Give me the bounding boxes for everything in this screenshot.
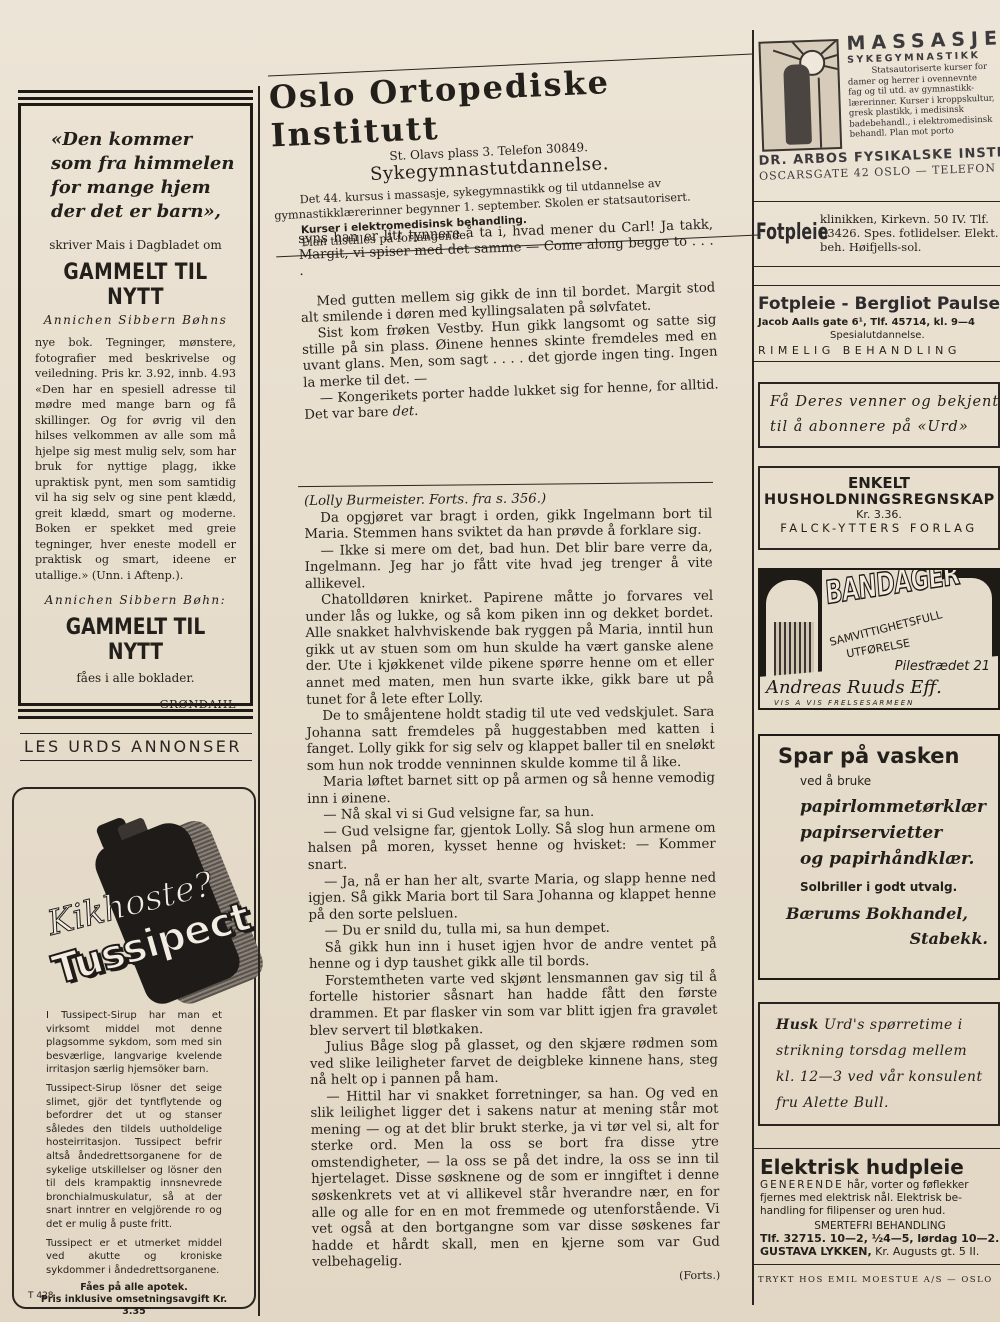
hudpleie-hours: Tlf. 32715. 10—2, ½4—5, lørdag 10—2. bbox=[760, 1232, 1000, 1245]
shop-name: Bærums Bokhandel, bbox=[778, 904, 990, 923]
printer-credit: TRYKT HOS EMIL MOESTUE A/S — OSLO bbox=[752, 1264, 1000, 1285]
book-advertisement: «Den kommer som fra himmelen for mange h… bbox=[18, 103, 253, 706]
book-title: GAMMELT TIL NYTT bbox=[50, 260, 221, 310]
fotpleie-name: Fotpleie bbox=[756, 220, 828, 245]
continued-marker: (Forts.) bbox=[679, 1267, 720, 1284]
bandager-shop: Andreas Ruuds Eff. bbox=[766, 677, 942, 698]
fotpleie-details: klinikken, Kirkevn. 50 IV. Tlf. 63426. S… bbox=[820, 212, 1000, 254]
fotpleie-paulsen-special: Spesialutdannelse. bbox=[758, 330, 1000, 341]
tussipect-illustration: Kikhoste? Tussipect bbox=[28, 789, 240, 1009]
availability: fåes i alle boklader. bbox=[35, 671, 236, 685]
fotpleie-paulsen-name: Fotpleie - Bergliot Paulsen bbox=[758, 294, 1000, 314]
tussipect-advertisement: Kikhoste? Tussipect I Tussipect-Sirup ha… bbox=[12, 787, 256, 1309]
product-list: papirlommetørklær papirservietter og pap… bbox=[778, 794, 990, 872]
massasje-description: Statsautoriserte kurser for damer og her… bbox=[847, 61, 1000, 140]
column-divider bbox=[258, 86, 260, 1316]
bandager-advertisement: BANDAGER SAMVITTIGHETSFULL UTFØRELSE Pil… bbox=[758, 568, 1000, 710]
section-title: LES URDS ANNONSER bbox=[20, 733, 252, 761]
shop-town: Stabekk. bbox=[778, 929, 990, 948]
bandager-street: Pilestrædet 21 bbox=[895, 659, 990, 674]
book-author-repeat: Annichen Sibbern Bøhn: bbox=[35, 593, 236, 607]
sun-figure-icon bbox=[758, 39, 842, 152]
serial-story: (Lolly Burmeister. Forts. fra s. 356.) D… bbox=[304, 490, 720, 1288]
left-column: «Den kommer som fra himmelen for mange h… bbox=[18, 90, 253, 722]
ad-body: I Tussipect-Sirup har man et virksomt mi… bbox=[28, 1009, 240, 1277]
fotpleie-clinic-advertisement: Fotpleie klinikken, Kirkevn. 50 IV. Tlf.… bbox=[752, 210, 1000, 266]
double-rule bbox=[18, 90, 253, 100]
bandager-landmark: VIS A VIS FRELSESARMEEN bbox=[774, 699, 914, 707]
hudpleie-headline: Elektrisk hudpleie bbox=[760, 1155, 1000, 1179]
ad-quote: «Den kommer som fra himmelen for mange h… bbox=[35, 128, 236, 224]
right-column: MASSASJE SYKEGYMNASTIKK Statsautoriserte… bbox=[752, 30, 1000, 1285]
spar-paa-vasken-advertisement: Spar på vasken ved å bruke papirlommetør… bbox=[758, 734, 1000, 980]
publisher: FALCK-YTTERS FORLAG bbox=[764, 521, 994, 535]
hudpleie-advertisement: Elektrisk hudpleie GENERENDE hår, vorter… bbox=[754, 1148, 1000, 1258]
price: Kr. 3.36. bbox=[764, 508, 994, 521]
fotpleie-paulsen-address: Jacob Aalls gate 6¹, Tlf. 45714, kl. 9—4 bbox=[758, 317, 1000, 328]
middle-column: Oslo Ortopediske Institutt St. Olavs pla… bbox=[258, 36, 748, 258]
quote-attribution: skriver Mais i Dagbladet om bbox=[35, 238, 236, 252]
spar-headline: Spar på vasken bbox=[778, 744, 990, 768]
book-title-repeat: GAMMELT TIL NYTT bbox=[50, 615, 221, 665]
story-ending: syns han er litt tynnere å ta i, hvad me… bbox=[298, 218, 719, 425]
massasje-advertisement: MASSASJE SYKEGYMNASTIKK Statsautoriserte… bbox=[752, 21, 1000, 195]
fotpleie-paulsen-advertisement: Fotpleie - Bergliot Paulsen Jacob Aalls … bbox=[752, 286, 1000, 361]
ad-code: T 428 bbox=[28, 1291, 54, 1301]
fotpleie-paulsen-tagline: RIMELIG BEHANDLING bbox=[758, 344, 1000, 357]
magazine-page: «Den kommer som fra himmelen for mange h… bbox=[0, 0, 1000, 1322]
urd-subscribe-notice: Få Deres venner og bekjente til å abonne… bbox=[758, 382, 1000, 448]
household-accounts-advertisement: ENKELT HUSHOLDNINGSREGNSKAP Kr. 3.36. FA… bbox=[758, 466, 1000, 550]
story-divider bbox=[298, 482, 713, 487]
book-description: nye bok. Tegninger, mønstere, fotografie… bbox=[35, 335, 236, 583]
book-author: Annichen Sibbern Bøhns bbox=[35, 313, 236, 327]
urd-knitting-notice: Husk Urd's spørretime i strikning torsda… bbox=[758, 1002, 1000, 1126]
publisher: GRØNDAHL bbox=[35, 697, 236, 711]
ad-footer: Fåes på alle apotek. Pris inklusive omse… bbox=[28, 1282, 240, 1318]
